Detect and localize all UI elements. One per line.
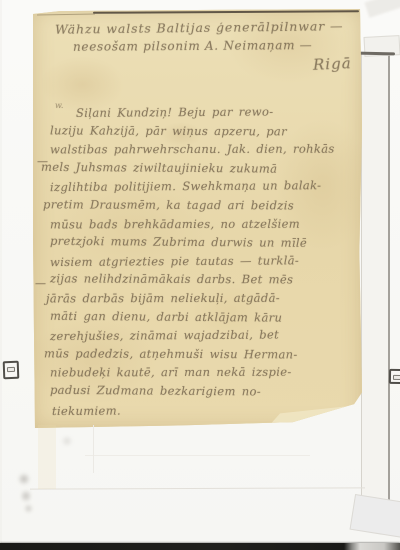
scanned-letter-photocopy: Wähzu walsts Baltijas ģenerālpilnwar — n… [0,0,400,550]
page-top-edge-left [37,13,95,15]
copy-tint-artifact [38,425,56,489]
copy-smudge [18,472,30,486]
binder-clip-slot [7,367,15,372]
body-line: luziju Kahzijā, pār wiņus apzeru, par [50,121,356,141]
body-line: zijas nelihdzināmākais darbs. Bet mēs [50,270,356,290]
backing-sheet-bottom-corner [350,494,400,538]
page-top-edge [93,10,359,14]
binder-clip-slot [393,375,400,380]
letter-page: Wähzu walsts Baltijas ģenerālpilnwar — n… [33,9,362,428]
place-line: Rigā [313,54,352,74]
binder-clip-right [389,369,400,384]
body-line: tiekumiem. [52,399,356,420]
copy-line-artifact [85,455,310,456]
body-line: jārās darbās bijām neliekuļi, atgādā- [46,289,356,308]
body-line: mūsu bads brehkādamies, no atzelšiem [50,214,356,233]
body-line: padusi Zudmana bezkarigiem no- [50,381,356,402]
backing-sheet-edge [361,54,390,506]
copy-smudge [24,503,33,514]
copy-line-artifact [30,487,365,489]
body-line: walstibas pahrwehrschanu. Jak. dien, roh… [50,140,356,159]
copy-smudge [60,436,74,446]
copy-smudge [21,488,31,504]
body-line: māti gan dienu, darbi atklājam kāru [50,306,356,327]
body-line: Siļani Kundziņ! Beju par rewo- [50,102,356,123]
body-line: izglihtiba politijiem. Swehkmaņa un bala… [50,176,356,197]
binder-clip-left [3,361,20,380]
body-line: niebudeķi kautē, arī man nekā izspie- [50,363,356,382]
body-line: zerehjušies, zināmai wajadzibai, bet [50,325,356,346]
scan-edge-strip [0,543,400,550]
address-line-2: neesošam pilsonim A. Neimaņam — [73,38,312,54]
body-line: mūs padedzis, atņehmuši wisu Herman- [44,344,356,364]
margin-dash: — [35,277,51,290]
body-line: pretim Drausmēm, ka tagad ari beidzis [43,195,356,215]
address-line-1: Wähzu walsts Baltijas ģenerālpilnwar — [55,18,344,37]
copy-line-artifact [93,425,94,473]
body-line: pretzjoki mums Zubrima durwis un mīlē [50,232,356,253]
letter-body: Siļani Kundziņ! Beju par rewo- luziju Ka… [50,103,356,419]
body-line: wisiem atgriezties pie tautas — turklā- [50,251,356,272]
copy-smudge-top-right [365,0,400,18]
